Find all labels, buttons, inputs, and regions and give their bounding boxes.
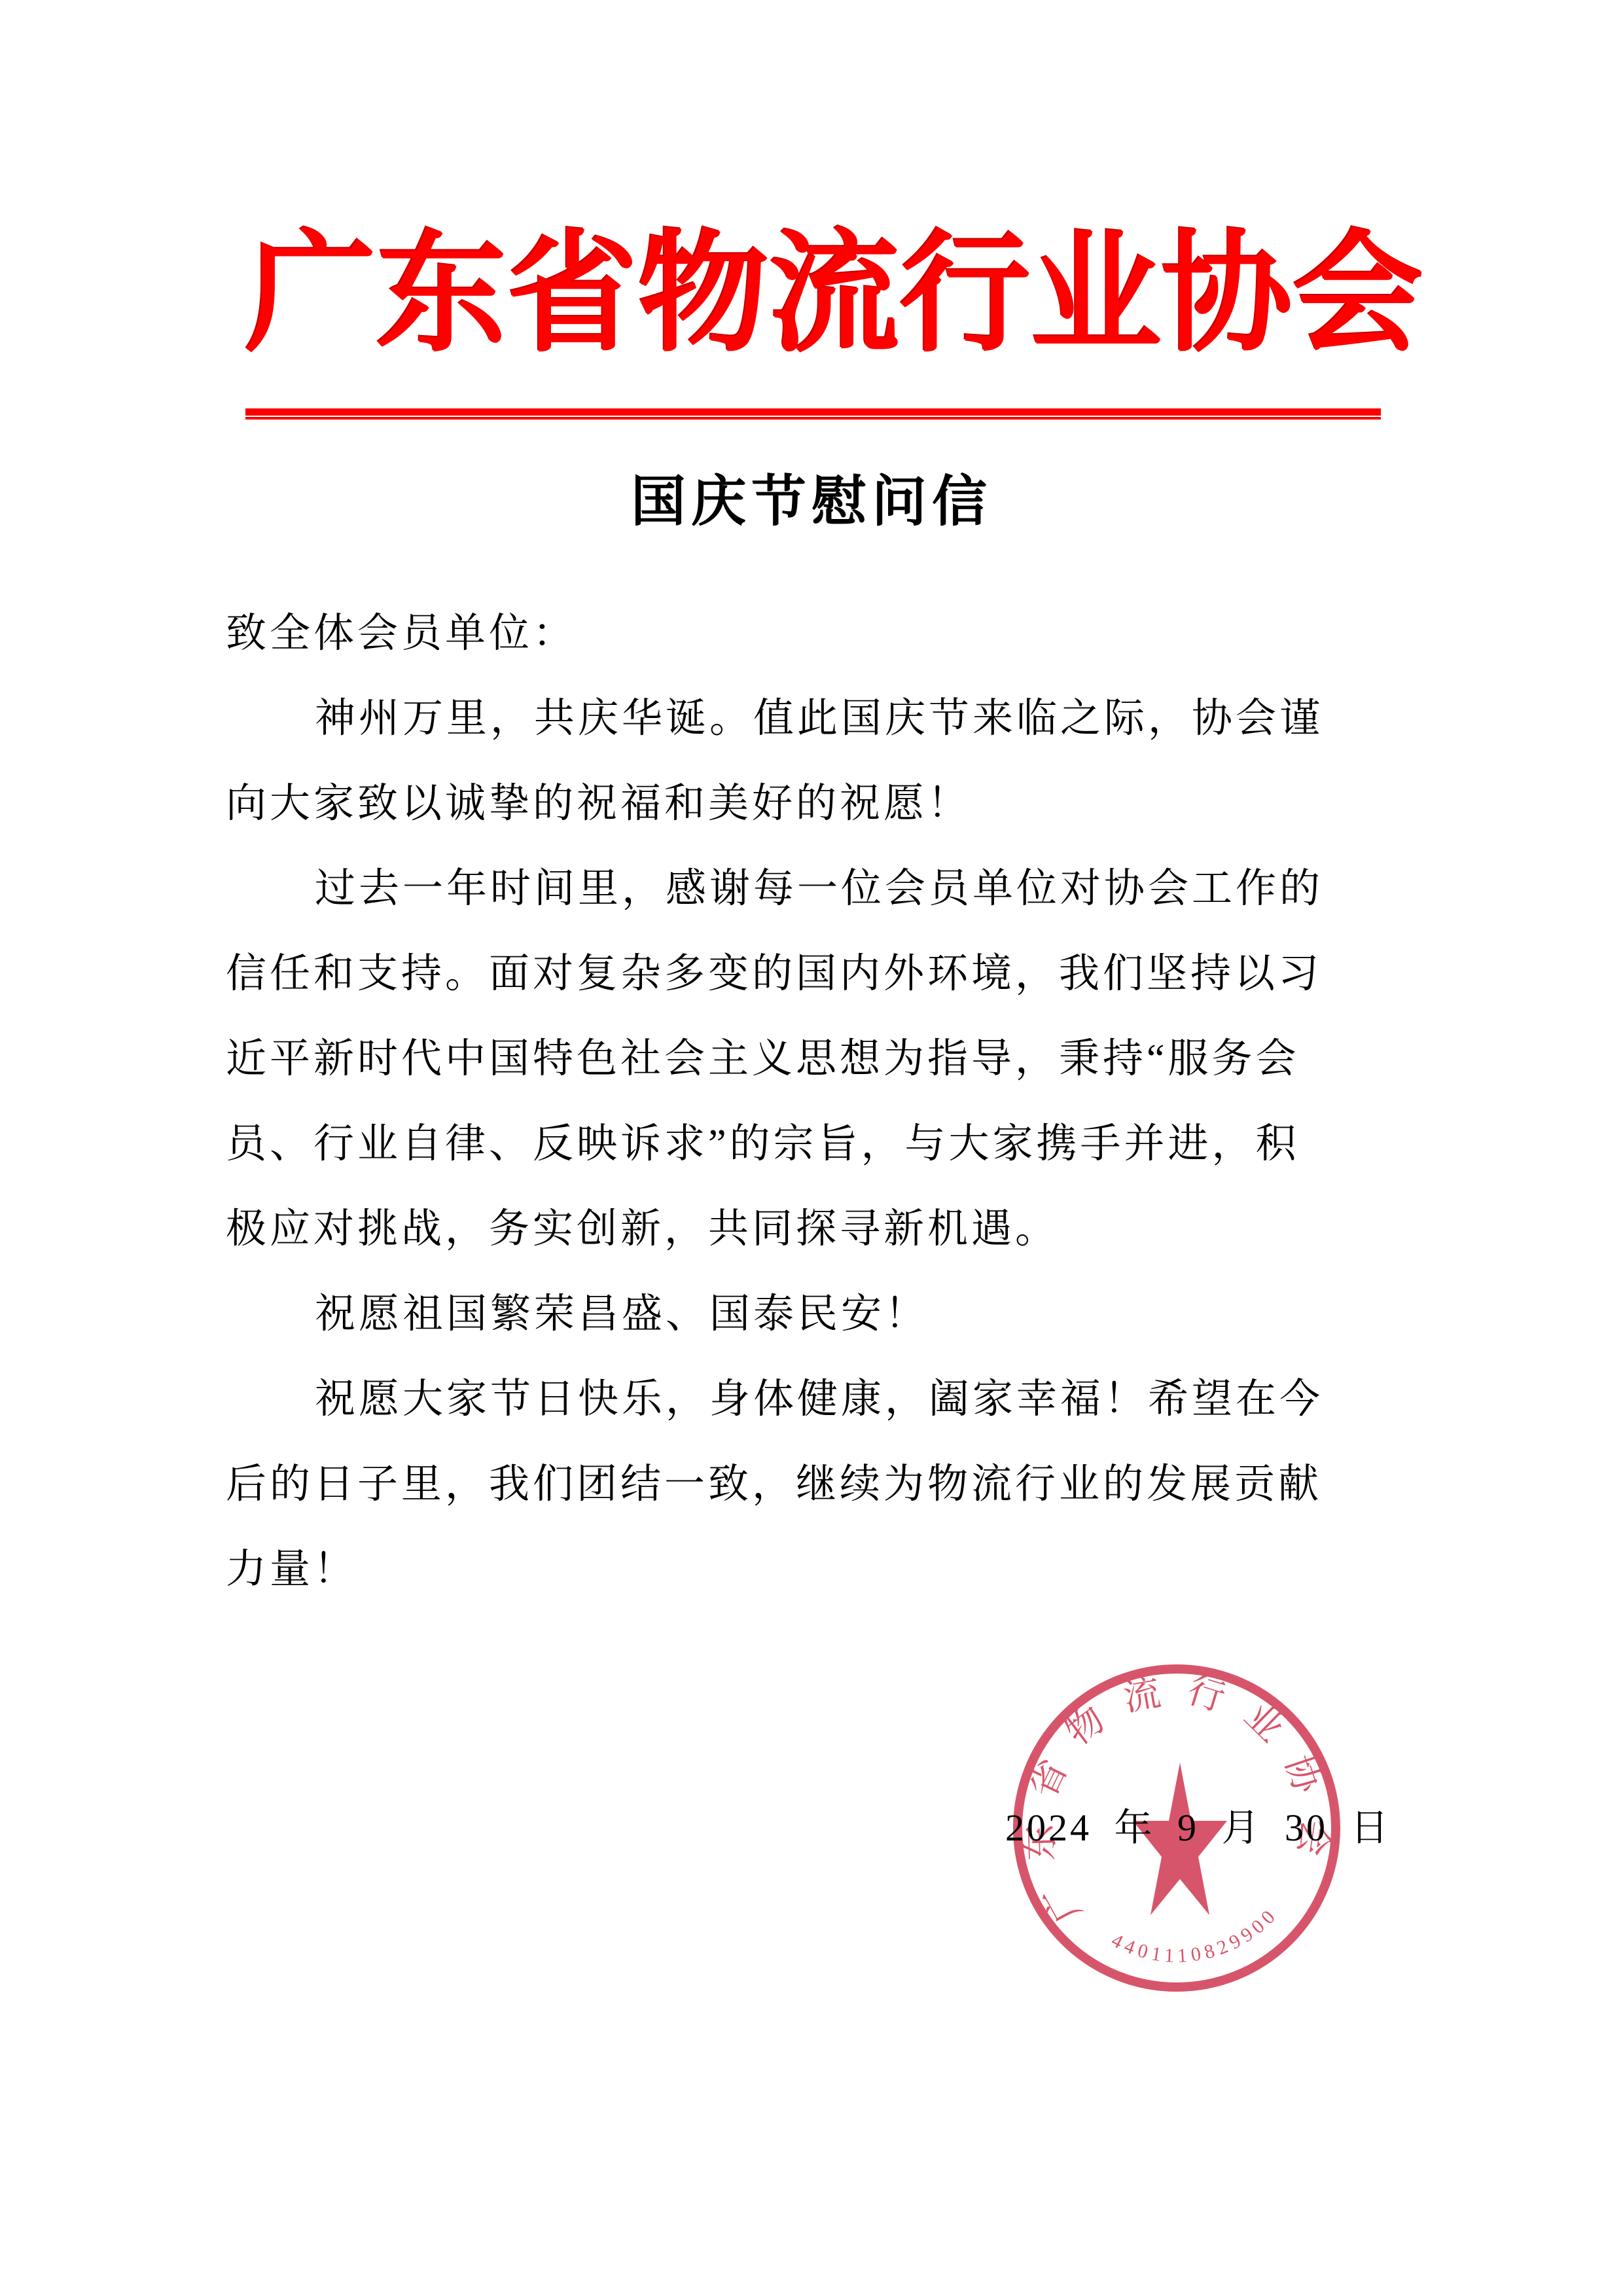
letter-date: 2024 年 9 月 30 日: [1005, 1806, 1391, 1850]
org-title-char: 行: [900, 230, 1031, 361]
letter-page: 广东省物流行业协会 国庆节慰问信 致全体会员单位：神州万里，共庆华诞。值此国庆节…: [0, 0, 1623, 2296]
letter-body-line: 后的日子里，我们团结一致，继续为物流行业的发展贡献: [226, 1442, 1338, 1527]
org-title-char: 东: [376, 230, 507, 361]
letter-body-line: 祝愿祖国繁荣昌盛、国泰民安！: [226, 1272, 1338, 1357]
org-title-char: 省: [507, 230, 638, 361]
org-title-char: 协: [1162, 230, 1293, 361]
org-title-char: 会: [1293, 230, 1423, 361]
letter-body-line: 员、行业自律、反映诉求”的宗旨，与大家携手并进，积: [226, 1102, 1338, 1187]
letter-body-line: 极应对挑战，务实创新，共同探寻新机遇。: [226, 1187, 1338, 1272]
org-title-char: 流: [769, 230, 900, 361]
org-title-char: 广: [245, 230, 376, 361]
letter-body-line: 过去一年时间里，感谢每一位会员单位对协会工作的: [226, 846, 1338, 931]
letter-body: 致全体会员单位：神州万里，共庆华诞。值此国庆节来临之际，协会谨向大家致以诚挚的祝…: [226, 591, 1338, 1612]
letter-body-line: 神州万里，共庆华诞。值此国庆节来临之际，协会谨: [226, 676, 1338, 761]
letter-body-line: 信任和支持。面对复杂多变的国内外环境，我们坚持以习: [226, 931, 1338, 1016]
letterhead-thin-rule: [245, 417, 1381, 420]
letterhead-double-rule: [245, 408, 1381, 417]
letterhead-org-title: 广东省物流行业协会: [245, 230, 1381, 368]
org-title-char: 业: [1031, 230, 1162, 361]
letter-body-line: 力量！: [226, 1527, 1338, 1612]
letter-body-line: 致全体会员单位：: [226, 591, 1338, 676]
letter-body-line: 向大家致以诚挚的祝福和美好的祝愿！: [226, 761, 1338, 846]
org-title-char: 物: [638, 230, 769, 361]
letter-body-line: 祝愿大家节日快乐，身体健康，阖家幸福！希望在今: [226, 1357, 1338, 1442]
letter-body-line: 近平新时代中国特色社会主义思想为指导，秉持“服务会: [226, 1016, 1338, 1102]
letter-title: 国庆节慰问信: [226, 470, 1397, 535]
